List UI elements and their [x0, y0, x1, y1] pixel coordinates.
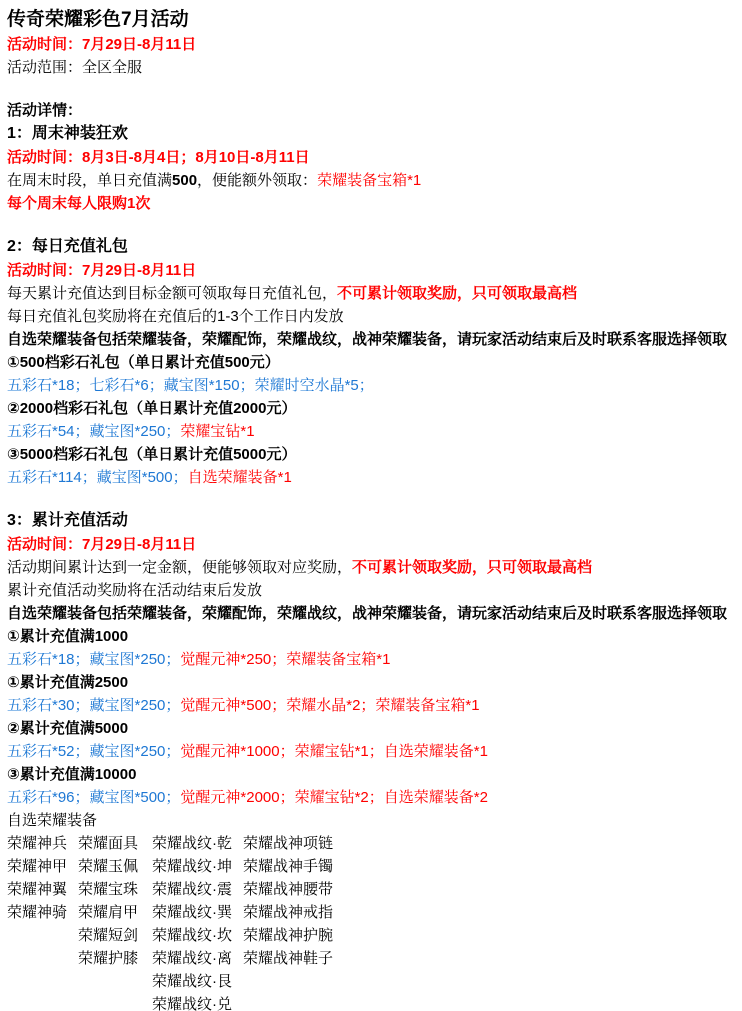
equipment-cell: 荣耀短剑 [78, 924, 152, 947]
s2-time: 活动时间：7月29日-8月11日 [7, 259, 742, 282]
s3-heading: 3：累计充值活动 [7, 509, 742, 533]
equipment-cell [78, 993, 152, 1011]
equipment-table: 荣耀神兵荣耀面具荣耀战纹·乾荣耀战神项链荣耀神甲荣耀玉佩荣耀战纹·坤荣耀战神手镯… [7, 832, 742, 1011]
s1-desc-text: ，便能额外领取： [197, 172, 317, 189]
s2-note: 自选荣耀装备包括荣耀装备，荣耀配饰，荣耀战纹，战神荣耀装备，请玩家活动结束后及时… [7, 328, 742, 351]
s2-tier1-heading-text: ①500档彩石礼包（单日累计充值500元） [7, 354, 280, 371]
s3-tier2-heading-text: ①累计充值满2500 [7, 674, 128, 691]
s3-tier1-rewards-text: 五彩石*18；藏宝图*250； [7, 651, 180, 668]
s3-tier4-rewards: 五彩石*96；藏宝图*500；觉醒元神*2000；荣耀宝钻*2；自选荣耀装备*2 [7, 786, 742, 809]
s3-heading-text: 3：累计充值活动 [7, 512, 128, 529]
s3-tier3-rewards-text: 觉醒元神*1000；荣耀宝钻*1；自选荣耀装备*1 [180, 743, 488, 760]
equipment-cell: 荣耀战纹·兑 [152, 993, 243, 1011]
s3-tier3-heading-text: ②累计充值满5000 [7, 720, 128, 737]
s3-tier1-heading-text: ①累计充值满1000 [7, 628, 128, 645]
equipment-cell: 荣耀战神鞋子 [243, 947, 742, 970]
s2-heading-text: 2：每日充值礼包 [7, 238, 128, 255]
event-scope-text: 活动范围：全区全服 [7, 59, 142, 76]
s3-note-text: 自选荣耀装备包括荣耀装备，荣耀配饰，荣耀战纹，战神荣耀装备，请玩家活动结束后及时… [7, 605, 727, 622]
equipment-cell [7, 947, 78, 970]
equipment-cell: 荣耀战纹·离 [152, 947, 243, 970]
s3-tier4-rewards-text: 五彩石*96；藏宝图*500； [7, 789, 180, 806]
s1-desc-text: 荣耀装备宝箱*1 [317, 172, 421, 189]
equipment-cell: 荣耀神翼 [7, 878, 78, 901]
equipment-cell: 荣耀战纹·震 [152, 878, 243, 901]
equipment-cell: 荣耀战神腰带 [243, 878, 742, 901]
equipment-cell: 荣耀面具 [78, 832, 152, 855]
equipment-cell: 荣耀战纹·坎 [152, 924, 243, 947]
equipment-list-label: 自选荣耀装备 [7, 809, 742, 832]
equipment-cell: 荣耀神骑 [7, 901, 78, 924]
equipment-cell [78, 970, 152, 993]
equipment-cell: 荣耀神甲 [7, 855, 78, 878]
equipment-cell: 荣耀战纹·艮 [152, 970, 243, 993]
s3-note: 自选荣耀装备包括荣耀装备，荣耀配饰，荣耀战纹，战神荣耀装备，请玩家活动结束后及时… [7, 602, 742, 625]
s2-tier3-rewards: 五彩石*114；藏宝图*500；自选荣耀装备*1 [7, 466, 742, 489]
s3-time-text: 活动时间：7月29日-8月11日 [7, 536, 196, 553]
details-heading-text: 活动详情： [7, 102, 82, 119]
s3-tier1-rewards-text: 觉醒元神*250；荣耀装备宝箱*1 [180, 651, 390, 668]
s2-tier1-rewards-text: 五彩石*18；七彩石*6；藏宝图*150；荣耀时空水晶*5； [7, 377, 374, 394]
s3-tier3-rewards-text: 五彩石*52；藏宝图*250； [7, 743, 180, 760]
s1-heading: 1：周末神装狂欢 [7, 122, 742, 146]
page-title: 传奇荣耀彩色7月活动 [7, 6, 742, 33]
s1-heading-text: 1：周末神装狂欢 [7, 125, 128, 142]
equipment-cell [7, 970, 78, 993]
s1-limit: 每个周末每人限购1次 [7, 192, 742, 215]
s2-rule-text: 不可累计领取奖励，只可领取最高档 [337, 285, 577, 302]
s2-tier3-rewards-text: 自选荣耀装备*1 [188, 469, 292, 486]
equipment-cell: 荣耀战神手镯 [243, 855, 742, 878]
s3-delivery-text: 累计充值活动奖励将在活动结束后发放 [7, 582, 262, 599]
announcement-document: 传奇荣耀彩色7月活动 活动时间：7月29日-8月11日活动范围：全区全服活动详情… [0, 0, 742, 1011]
equipment-cell [7, 924, 78, 947]
details-heading: 活动详情： [7, 99, 742, 122]
equipment-cell: 荣耀战纹·坤 [152, 855, 243, 878]
event-period: 活动时间：7月29日-8月11日 [7, 33, 742, 56]
s2-delivery: 每日充值礼包奖励将在充值后的1-3个工作日内发放 [7, 305, 742, 328]
s2-tier1-heading: ①500档彩石礼包（单日累计充值500元） [7, 351, 742, 374]
equipment-cell: 荣耀战纹·巽 [152, 901, 243, 924]
equipment-cell: 荣耀肩甲 [78, 901, 152, 924]
equipment-cell: 荣耀战神护腕 [243, 924, 742, 947]
s2-delivery-text: 每日充值礼包奖励将在充值后的1-3个工作日内发放 [7, 308, 344, 325]
s3-tier4-rewards-text: 觉醒元神*2000；荣耀宝钻*2；自选荣耀装备*2 [180, 789, 488, 806]
equipment-cell [243, 970, 742, 993]
s3-tier1-heading: ①累计充值满1000 [7, 625, 742, 648]
s3-rule-text: 活动期间累计达到一定金额，便能够领取对应奖励， [7, 559, 352, 576]
s3-tier1-rewards: 五彩石*18；藏宝图*250；觉醒元神*250；荣耀装备宝箱*1 [7, 648, 742, 671]
s3-tier2-heading: ①累计充值满2500 [7, 671, 742, 694]
s3-tier3-heading: ②累计充值满5000 [7, 717, 742, 740]
s2-rule-text: 每天累计充值达到目标金额可领取每日充值礼包， [7, 285, 337, 302]
s2-tier3-heading: ③5000档彩石礼包（单日累计充值5000元） [7, 443, 742, 466]
equipment-cell: 荣耀战纹·乾 [152, 832, 243, 855]
s1-desc-text: 500 [172, 172, 197, 189]
s1-time-text: 活动时间：8月3日-8月4日；8月10日-8月11日 [7, 149, 310, 166]
s2-tier3-heading-text: ③5000档彩石礼包（单日累计充值5000元） [7, 446, 296, 463]
equipment-cell [243, 993, 742, 1011]
equipment-cell: 荣耀宝珠 [78, 878, 152, 901]
s3-delivery: 累计充值活动奖励将在活动结束后发放 [7, 579, 742, 602]
s3-tier3-rewards: 五彩石*52；藏宝图*250；觉醒元神*1000；荣耀宝钻*1；自选荣耀装备*1 [7, 740, 742, 763]
event-period-text: 活动时间：7月29日-8月11日 [7, 36, 196, 53]
s2-tier2-heading: ②2000档彩石礼包（单日累计充值2000元） [7, 397, 742, 420]
s3-time: 活动时间：7月29日-8月11日 [7, 533, 742, 556]
s2-tier1-rewards: 五彩石*18；七彩石*6；藏宝图*150；荣耀时空水晶*5； [7, 374, 742, 397]
s2-rule: 每天累计充值达到目标金额可领取每日充值礼包，不可累计领取奖励，只可领取最高档 [7, 282, 742, 305]
equipment-cell: 荣耀战神戒指 [243, 901, 742, 924]
equipment-list: 自选荣耀装备 荣耀神兵荣耀面具荣耀战纹·乾荣耀战神项链荣耀神甲荣耀玉佩荣耀战纹·… [7, 809, 742, 1011]
equipment-cell: 荣耀神兵 [7, 832, 78, 855]
s2-tier2-rewards-text: 荣耀宝钻*1 [180, 423, 254, 440]
document-body: 1：周末神装狂欢活动时间：8月3日-8月4日；8月10日-8月11日在周末时段，… [7, 122, 742, 809]
s2-tier2-rewards: 五彩石*54；藏宝图*250；荣耀宝钻*1 [7, 420, 742, 443]
equipment-cell: 荣耀护膝 [78, 947, 152, 970]
s2-note-text: 自选荣耀装备包括荣耀装备，荣耀配饰，荣耀战纹，战神荣耀装备，请玩家活动结束后及时… [7, 331, 727, 348]
s2-heading: 2：每日充值礼包 [7, 235, 742, 259]
equipment-cell: 荣耀战神项链 [243, 832, 742, 855]
s3-tier4-heading: ③累计充值满10000 [7, 763, 742, 786]
s1-time: 活动时间：8月3日-8月4日；8月10日-8月11日 [7, 146, 742, 169]
event-scope: 活动范围：全区全服 [7, 56, 742, 79]
s2-tier2-heading-text: ②2000档彩石礼包（单日累计充值2000元） [7, 400, 296, 417]
s3-rule: 活动期间累计达到一定金额，便能够领取对应奖励，不可累计领取奖励，只可领取最高档 [7, 556, 742, 579]
equipment-cell: 荣耀玉佩 [78, 855, 152, 878]
s3-tier4-heading-text: ③累计充值满10000 [7, 766, 136, 783]
s3-tier2-rewards-text: 觉醒元神*500；荣耀水晶*2；荣耀装备宝箱*1 [180, 697, 479, 714]
s2-tier3-rewards-text: 五彩石*114；藏宝图*500； [7, 469, 188, 486]
s2-time-text: 活动时间：7月29日-8月11日 [7, 262, 196, 279]
s1-desc: 在周末时段，单日充值满500，便能额外领取：荣耀装备宝箱*1 [7, 169, 742, 192]
s1-limit-text: 每个周末每人限购1次 [7, 195, 150, 212]
s2-tier2-rewards-text: 五彩石*54；藏宝图*250； [7, 423, 180, 440]
document-header: 活动时间：7月29日-8月11日活动范围：全区全服活动详情： [7, 33, 742, 122]
s1-desc-text: 在周末时段，单日充值满 [7, 172, 172, 189]
s3-rule-text: 不可累计领取奖励，只可领取最高档 [352, 559, 592, 576]
s3-tier2-rewards: 五彩石*30；藏宝图*250；觉醒元神*500；荣耀水晶*2；荣耀装备宝箱*1 [7, 694, 742, 717]
equipment-cell [7, 993, 78, 1011]
s3-tier2-rewards-text: 五彩石*30；藏宝图*250； [7, 697, 180, 714]
